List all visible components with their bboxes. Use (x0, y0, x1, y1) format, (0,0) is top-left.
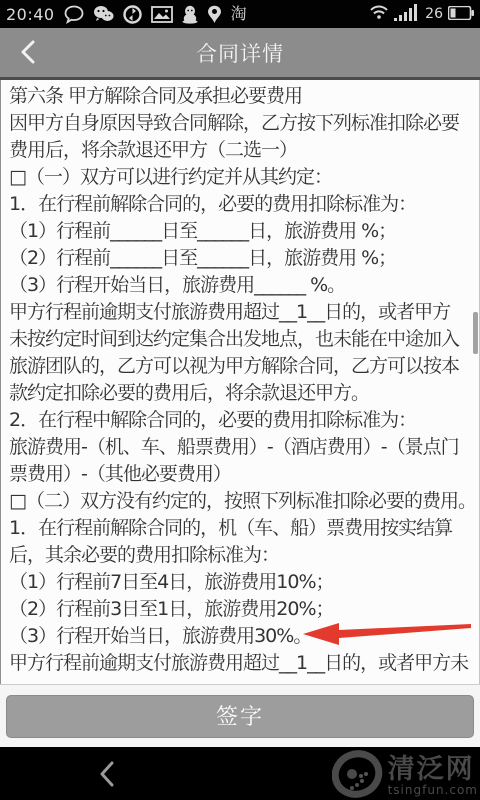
contract-text-line: （1）行程前7日至4日，旅游费用10%； (1, 569, 479, 596)
contract-text-line: 旅游费用-（机、车、船票费用）-（酒店费用）-（景点门 (1, 434, 479, 461)
contract-text-line: 1．在行程前解除合同的，机（车、船）票费用按实结算 (1, 515, 479, 542)
bottom-nav-bar: 清泛网 tsingfun.com (0, 747, 480, 800)
contract-text-line: （3）行程开始当日，旅游费用______ %。 (1, 272, 479, 299)
contract-text-line: （2）行程前______日至______日，旅游费用 %； (1, 245, 479, 272)
location-pin-icon (207, 4, 222, 24)
contract-text-line: 后，其余必要的费用扣除标准为： (1, 542, 479, 569)
scrollbar-thumb[interactable] (473, 312, 478, 354)
wechat-icon (93, 4, 114, 24)
watermark: 清泛网 tsingfun.com (332, 750, 478, 800)
clock: 20:40 (6, 5, 55, 24)
contract-text-line: 未按约定时间到达约定集合出发地点，也未能在中途加入 (1, 326, 479, 353)
contract-text-line: 因甲方自身原因导致合同解除，乙方按下列标准扣除必要 (1, 110, 479, 137)
battery-icon (448, 5, 474, 24)
wifi-icon (369, 4, 389, 24)
watermark-domain: tsingfun.com (388, 784, 478, 796)
annotation-arrow (301, 620, 476, 648)
notification-icons: 淘 (64, 4, 247, 24)
contract-text-line: 1．在行程前解除合同的，必要的费用扣除标准为： (1, 191, 479, 218)
qq-icon (182, 4, 198, 24)
contract-text-line: □（一）双方可以进行约定并从其约定： (1, 164, 479, 191)
contract-text-line: 第六条 甲方解除合同及承担必要费用 (1, 83, 479, 110)
contract-text-line: 旅游团队的，乙方可以视为甲方解除合同，乙方可以按本 (1, 353, 479, 380)
contract-text: 第六条 甲方解除合同及承担必要费用因甲方自身原因导致合同解除，乙方按下列标准扣除… (1, 83, 479, 677)
annotation-arrow-shape (303, 623, 471, 645)
page-title: 合同详情 (0, 38, 480, 68)
status-bar-right: 26 (369, 4, 474, 25)
taobao-icon: 淘 (231, 4, 247, 24)
gallery-icon (151, 4, 173, 24)
contract-text-line: 票费用）-（其他必要费用） (1, 461, 479, 488)
contract-text-line: 款约定扣除必要的费用后，将余款退还甲方。 (1, 380, 479, 407)
sign-button[interactable]: 签字 (6, 695, 474, 738)
footer: 签字 (0, 684, 480, 747)
chat-bubble-icon (64, 4, 84, 24)
contract-text-line: 甲方行程前逾期支付旅游费用超过__1__日的，或者甲方 (1, 299, 479, 326)
back-button[interactable] (14, 38, 42, 66)
battery-percent: 26 (425, 6, 443, 22)
contract-text-line: 2．在行程中解除合同的，必要的费用扣除标准为： (1, 407, 479, 434)
contract-text-line: 甲方行程前逾期支付旅游费用超过__1__日的，或者甲方未 (1, 650, 479, 677)
status-bar: 20:40 淘 26 (0, 0, 480, 28)
watermark-text: 清泛网 (388, 756, 478, 783)
contract-text-line: □（二）双方没有约定的，按照下列标准扣除必要的费用。 (1, 488, 479, 515)
contract-text-line: 费用后，将余款退还甲方（二选一） (1, 137, 479, 164)
contract-text-line: （1）行程前______日至______日，旅游费用 %； (1, 218, 479, 245)
contract-content[interactable]: 第六条 甲方解除合同及承担必要费用因甲方自身原因导致合同解除，乙方按下列标准扣除… (0, 80, 480, 684)
screen: 20:40 淘 26 (0, 0, 480, 800)
nav-back-button[interactable] (92, 759, 122, 789)
watermark-logo-icon (332, 750, 384, 800)
contract-text-line: （2）行程前3日至1日，旅游费用20%； (1, 596, 479, 623)
sync-icon (123, 4, 142, 24)
header: 合同详情 (0, 28, 480, 80)
signal-strength-icon (394, 4, 420, 25)
